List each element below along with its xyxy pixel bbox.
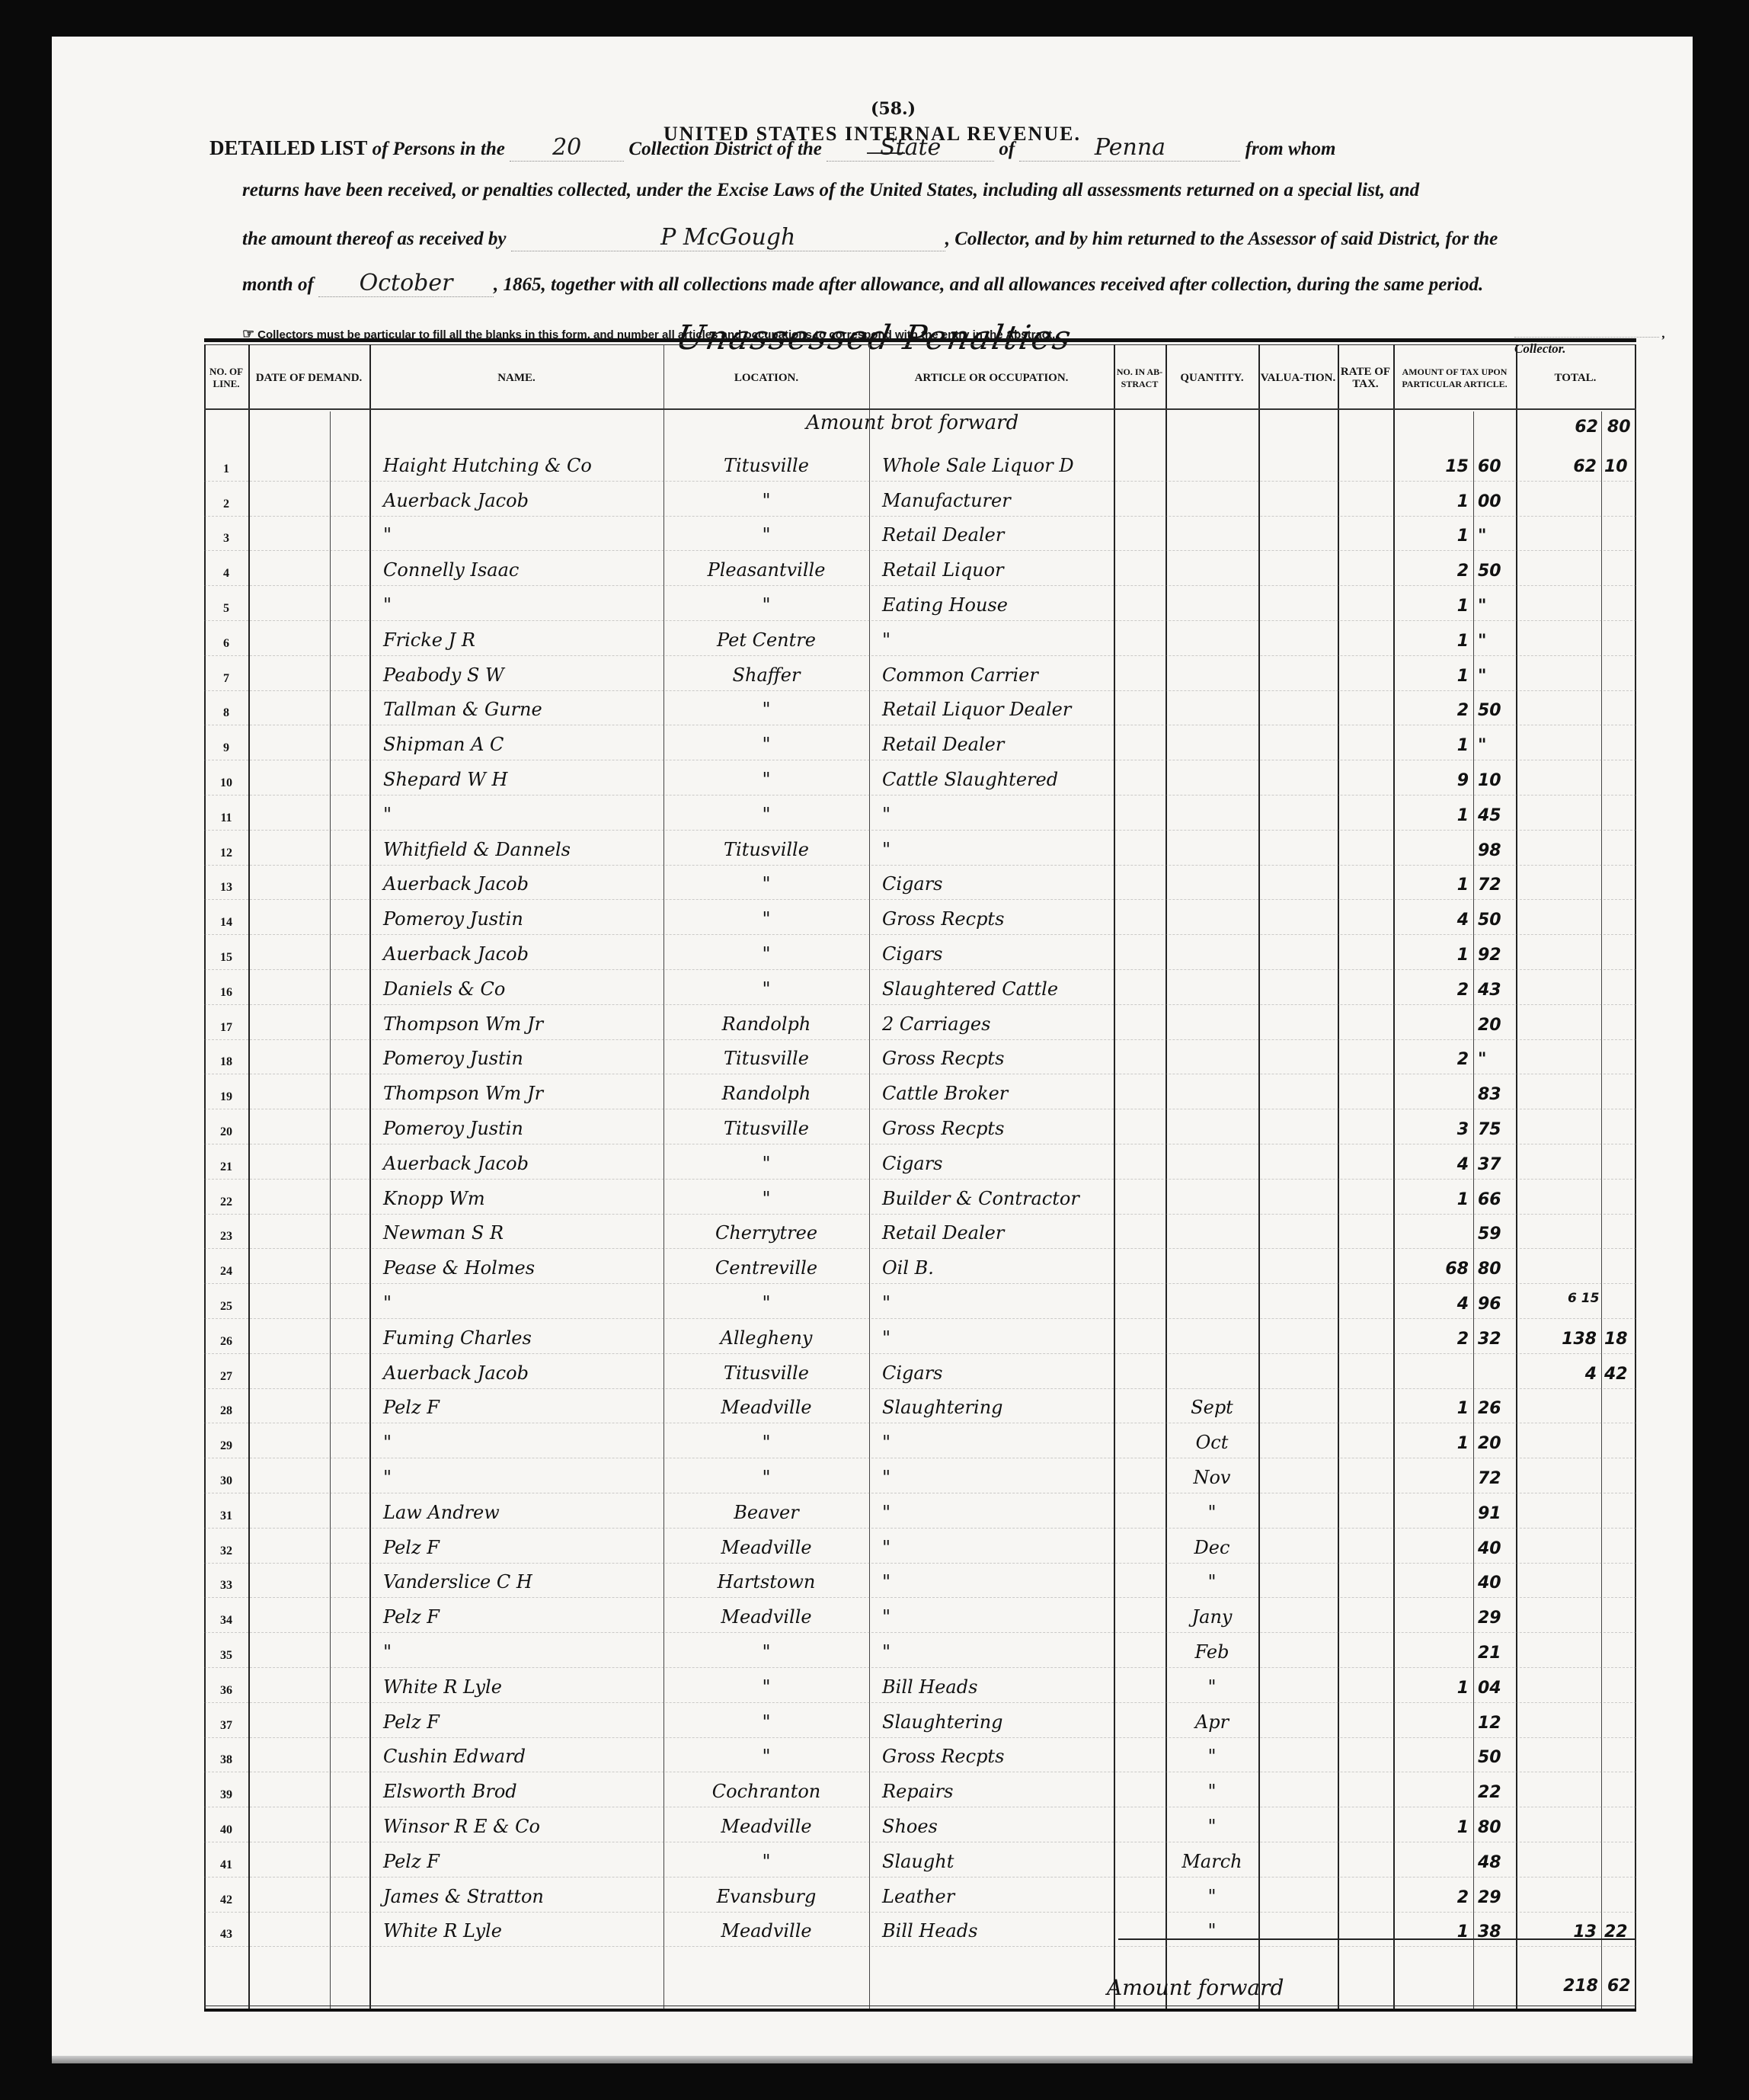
row-location: " bbox=[663, 1667, 869, 1702]
row-article: " bbox=[882, 1563, 1111, 1598]
row-tax-dollars bbox=[1393, 1353, 1473, 1388]
line-number: 25 bbox=[204, 1283, 248, 1318]
row-article: " bbox=[882, 1318, 1111, 1353]
row-name: " bbox=[383, 1632, 657, 1667]
row-article: Builder & Contractor bbox=[882, 1179, 1111, 1214]
row-tax-cents: 00 bbox=[1478, 481, 1516, 516]
row-tax-dollars: 2 bbox=[1393, 690, 1473, 725]
row-tax-dollars: 2 bbox=[1393, 550, 1473, 585]
row-quantity: " bbox=[1165, 1877, 1258, 1912]
page-number: (58.) bbox=[871, 99, 916, 119]
row-total-dollars bbox=[1516, 1528, 1601, 1563]
row-total-dollars bbox=[1516, 1109, 1601, 1144]
row-tax-cents: 40 bbox=[1478, 1528, 1516, 1563]
row-quantity bbox=[1165, 1004, 1258, 1039]
line-number: 5 bbox=[204, 585, 248, 620]
row-article: " bbox=[882, 1632, 1111, 1667]
row-tax-dollars: 1 bbox=[1393, 1667, 1473, 1702]
row-article: " bbox=[882, 1423, 1111, 1458]
row-quantity: " bbox=[1165, 1772, 1258, 1807]
row-article: " bbox=[882, 1458, 1111, 1493]
row-name: " bbox=[383, 516, 657, 551]
row-location: " bbox=[663, 725, 869, 760]
row-total-dollars: 4 bbox=[1516, 1353, 1601, 1388]
header-date-of-demand: Date of Demand. bbox=[248, 349, 369, 407]
row-name: Law Andrew bbox=[383, 1493, 657, 1528]
row-total-dollars bbox=[1516, 620, 1601, 655]
row-tax-cents: 26 bbox=[1478, 1388, 1516, 1423]
line-number: 34 bbox=[204, 1597, 248, 1632]
line-number: 39 bbox=[204, 1772, 248, 1807]
intro-line-4: month of October, 1865, together with al… bbox=[242, 270, 1483, 297]
row-total-cents bbox=[1604, 1737, 1635, 1772]
row-total-cents: 18 bbox=[1604, 1318, 1635, 1353]
row-name: Auerback Jacob bbox=[383, 481, 657, 516]
row-tax-dollars: 4 bbox=[1393, 899, 1473, 934]
row-tax-cents: 92 bbox=[1478, 934, 1516, 969]
row-location: " bbox=[663, 1179, 869, 1214]
row-name: Auerback Jacob bbox=[383, 1353, 657, 1388]
row-location: Meadville bbox=[663, 1912, 869, 1947]
row-total-dollars bbox=[1516, 1737, 1601, 1772]
row-location: " bbox=[663, 516, 869, 551]
header-line-no: No. of Line. bbox=[204, 349, 248, 407]
row-location: " bbox=[663, 1737, 869, 1772]
table-row: 19 Thompson Wm Jr Randolph Cattle Broker… bbox=[204, 1074, 1636, 1109]
table-row: 32 Pelz F Meadville " Dec 40 bbox=[204, 1528, 1636, 1564]
row-tax-dollars bbox=[1393, 1214, 1473, 1249]
table-row: 20 Pomeroy Justin Titusville Gross Recpt… bbox=[204, 1109, 1636, 1144]
line-number: 8 bbox=[204, 690, 248, 725]
row-total-dollars bbox=[1516, 1388, 1601, 1423]
table-row: 30 " " " Nov 72 bbox=[204, 1458, 1636, 1493]
row-name: Vanderslice C H bbox=[383, 1563, 657, 1598]
row-location: Meadville bbox=[663, 1388, 869, 1423]
row-tax-dollars: 9 bbox=[1393, 760, 1473, 795]
line-number: 18 bbox=[204, 1039, 248, 1074]
row-name: Pelz F bbox=[383, 1528, 657, 1563]
row-name: James & Stratton bbox=[383, 1877, 657, 1912]
row-name: Daniels & Co bbox=[383, 969, 657, 1004]
table-row: 34 Pelz F Meadville " Jany 29 bbox=[204, 1597, 1636, 1633]
row-total-dollars: 62 bbox=[1516, 446, 1601, 481]
total-side-note: 6 15 bbox=[1568, 1291, 1599, 1306]
row-quantity: " bbox=[1165, 1807, 1258, 1842]
row-total-cents bbox=[1604, 1597, 1635, 1632]
row-quantity bbox=[1165, 899, 1258, 934]
table-row: 40 Winsor R E & Co Meadville Shoes " 1 8… bbox=[204, 1807, 1636, 1842]
row-total-cents bbox=[1604, 1702, 1635, 1737]
row-name: Haight Hutching & Co bbox=[383, 446, 657, 481]
row-tax-dollars: 1 bbox=[1393, 725, 1473, 760]
row-article: Retail Liquor bbox=[882, 550, 1111, 585]
row-total-dollars bbox=[1516, 1493, 1601, 1528]
row-tax-cents: 45 bbox=[1478, 795, 1516, 830]
row-tax-cents: 98 bbox=[1478, 830, 1516, 865]
row-tax-dollars: 1 bbox=[1393, 1423, 1473, 1458]
state-word-field: State bbox=[827, 134, 994, 162]
row-name: Pomeroy Justin bbox=[383, 1109, 657, 1144]
row-article: Cattle Slaughtered bbox=[882, 760, 1111, 795]
row-quantity bbox=[1165, 1179, 1258, 1214]
row-name: " bbox=[383, 795, 657, 830]
row-tax-dollars: 1 bbox=[1393, 1388, 1473, 1423]
row-total-dollars bbox=[1516, 1597, 1601, 1632]
row-total-dollars bbox=[1516, 690, 1601, 725]
row-tax-dollars: 1 bbox=[1393, 620, 1473, 655]
line-number: 12 bbox=[204, 830, 248, 865]
line-number: 29 bbox=[204, 1423, 248, 1458]
row-total-dollars bbox=[1516, 481, 1601, 516]
row-total-cents: 10 bbox=[1604, 446, 1635, 481]
row-name: " bbox=[383, 1423, 657, 1458]
row-quantity: Oct bbox=[1165, 1423, 1258, 1458]
row-name: Winsor R E & Co bbox=[383, 1807, 657, 1842]
table-row: 4 Connelly Isaac Pleasantville Retail Li… bbox=[204, 550, 1636, 586]
row-total-cents bbox=[1604, 481, 1635, 516]
row-tax-cents: 91 bbox=[1478, 1493, 1516, 1528]
row-quantity: Dec bbox=[1165, 1528, 1258, 1563]
row-total-cents bbox=[1604, 934, 1635, 969]
row-article: Gross Recpts bbox=[882, 1039, 1111, 1074]
row-total-cents bbox=[1604, 1842, 1635, 1877]
intro-line-1: DETAILED LIST of Persons in the 20 Colle… bbox=[209, 134, 1336, 162]
row-name: Pelz F bbox=[383, 1842, 657, 1877]
row-quantity bbox=[1165, 516, 1258, 551]
row-total-dollars bbox=[1516, 655, 1601, 690]
row-location: " bbox=[663, 760, 869, 795]
row-article: Slaughtering bbox=[882, 1388, 1111, 1423]
total-bracket-mark bbox=[1118, 1938, 1636, 1957]
row-quantity bbox=[1165, 481, 1258, 516]
row-name: Pease & Holmes bbox=[383, 1248, 657, 1283]
table-row: 22 Knopp Wm " Builder & Contractor 1 66 bbox=[204, 1179, 1636, 1215]
row-quantity bbox=[1165, 1318, 1258, 1353]
line-number: 23 bbox=[204, 1214, 248, 1249]
row-total-cents bbox=[1604, 830, 1635, 865]
row-tax-cents: 72 bbox=[1478, 865, 1516, 900]
row-quantity bbox=[1165, 1074, 1258, 1109]
row-quantity bbox=[1165, 446, 1258, 481]
row-name: White R Lyle bbox=[383, 1912, 657, 1947]
table-row: 27 Auerback Jacob Titusville Cigars 4 42 bbox=[204, 1353, 1636, 1389]
row-tax-dollars bbox=[1393, 1737, 1473, 1772]
row-name: " bbox=[383, 1458, 657, 1493]
row-name: Pelz F bbox=[383, 1388, 657, 1423]
row-total-cents bbox=[1604, 1667, 1635, 1702]
row-location: " bbox=[663, 969, 869, 1004]
row-name: Auerback Jacob bbox=[383, 865, 657, 900]
row-name: Shepard W H bbox=[383, 760, 657, 795]
row-article: 2 Carriages bbox=[882, 1004, 1111, 1039]
amount-forward-label: Amount forward bbox=[1107, 1975, 1284, 2000]
row-name: Peabody S W bbox=[383, 655, 657, 690]
row-article: Bill Heads bbox=[882, 1667, 1111, 1702]
row-total-cents bbox=[1604, 969, 1635, 1004]
row-name: Fuming Charles bbox=[383, 1318, 657, 1353]
row-tax-dollars bbox=[1393, 1458, 1473, 1493]
row-total-cents bbox=[1604, 1004, 1635, 1039]
line-number: 11 bbox=[204, 795, 248, 830]
row-total-cents bbox=[1604, 1283, 1635, 1318]
row-tax-cents: 20 bbox=[1478, 1423, 1516, 1458]
row-total-cents bbox=[1604, 1179, 1635, 1214]
row-total-dollars bbox=[1516, 516, 1601, 551]
row-total-cents bbox=[1604, 585, 1635, 620]
row-tax-cents: 32 bbox=[1478, 1318, 1516, 1353]
row-location: Randolph bbox=[663, 1074, 869, 1109]
row-article: Cigars bbox=[882, 1353, 1111, 1388]
row-location: Beaver bbox=[663, 1493, 869, 1528]
row-article: " bbox=[882, 795, 1111, 830]
line-number: 32 bbox=[204, 1528, 248, 1563]
line-number: 6 bbox=[204, 620, 248, 655]
row-article: Eating House bbox=[882, 585, 1111, 620]
table-row: 7 Peabody S W Shaffer Common Carrier 1 " bbox=[204, 655, 1636, 691]
row-location: Evansburg bbox=[663, 1877, 869, 1912]
intro-line-2: returns have been received, or penalties… bbox=[242, 180, 1419, 201]
row-tax-dollars: 4 bbox=[1393, 1283, 1473, 1318]
row-total-dollars: 138 bbox=[1516, 1318, 1601, 1353]
row-article: " bbox=[882, 1597, 1111, 1632]
line-number: 4 bbox=[204, 550, 248, 585]
row-tax-cents: 72 bbox=[1478, 1458, 1516, 1493]
line-number: 21 bbox=[204, 1144, 248, 1179]
table-row: 37 Pelz F " Slaughtering Apr 12 bbox=[204, 1702, 1636, 1738]
row-tax-cents: 50 bbox=[1478, 550, 1516, 585]
row-quantity bbox=[1165, 1109, 1258, 1144]
row-total-cents bbox=[1604, 725, 1635, 760]
row-tax-cents: 50 bbox=[1478, 690, 1516, 725]
row-article: Oil B. bbox=[882, 1248, 1111, 1283]
line-number: 42 bbox=[204, 1877, 248, 1912]
header-name: Name. bbox=[369, 349, 663, 407]
collector-name-field: P McGough bbox=[511, 224, 945, 251]
row-total-dollars bbox=[1516, 1667, 1601, 1702]
row-total-cents bbox=[1604, 516, 1635, 551]
row-tax-dollars bbox=[1393, 1004, 1473, 1039]
detailed-list-table: No. of Line. Date of Demand. Name. Locat… bbox=[204, 338, 1636, 2012]
row-total-dollars bbox=[1516, 550, 1601, 585]
row-tax-cents: 10 bbox=[1478, 760, 1516, 795]
row-article: Gross Recpts bbox=[882, 1109, 1111, 1144]
table-row: 39 Elsworth Brod Cochranton Repairs " 22 bbox=[204, 1772, 1636, 1807]
row-total-dollars bbox=[1516, 1807, 1601, 1842]
row-total-dollars bbox=[1516, 1458, 1601, 1493]
row-total-dollars bbox=[1516, 1423, 1601, 1458]
row-article: Retail Dealer bbox=[882, 1214, 1111, 1249]
row-name: Auerback Jacob bbox=[383, 1144, 657, 1179]
row-total-dollars bbox=[1516, 865, 1601, 900]
row-total-cents bbox=[1604, 1528, 1635, 1563]
row-total-cents bbox=[1604, 550, 1635, 585]
row-total-cents bbox=[1604, 1458, 1635, 1493]
row-article: Retail Dealer bbox=[882, 725, 1111, 760]
row-quantity bbox=[1165, 969, 1258, 1004]
line-number: 38 bbox=[204, 1737, 248, 1772]
table-row: 38 Cushin Edward " Gross Recpts " 50 bbox=[204, 1737, 1636, 1773]
row-tax-cents: " bbox=[1478, 725, 1516, 760]
line-number: 19 bbox=[204, 1074, 248, 1109]
row-name: " bbox=[383, 1283, 657, 1318]
row-total-cents bbox=[1604, 1074, 1635, 1109]
row-location: Cochranton bbox=[663, 1772, 869, 1807]
row-total-cents bbox=[1604, 760, 1635, 795]
row-total-cents: 42 bbox=[1604, 1353, 1635, 1388]
row-article: Gross Recpts bbox=[882, 1737, 1111, 1772]
row-name: Thompson Wm Jr bbox=[383, 1074, 657, 1109]
row-tax-dollars bbox=[1393, 1597, 1473, 1632]
row-location: Pet Centre bbox=[663, 620, 869, 655]
row-tax-dollars: 1 bbox=[1393, 934, 1473, 969]
line-number: 31 bbox=[204, 1493, 248, 1528]
table-row: 28 Pelz F Meadville Slaughtering Sept 1 … bbox=[204, 1388, 1636, 1424]
line-number: 14 bbox=[204, 899, 248, 934]
line-number: 16 bbox=[204, 969, 248, 1004]
row-location: " bbox=[663, 1458, 869, 1493]
row-total-dollars bbox=[1516, 1563, 1601, 1598]
row-name: Auerback Jacob bbox=[383, 934, 657, 969]
row-name: White R Lyle bbox=[383, 1667, 657, 1702]
row-article: Manufacturer bbox=[882, 481, 1111, 516]
table-row: 5 " " Eating House 1 " bbox=[204, 585, 1636, 621]
row-tax-dollars: 2 bbox=[1393, 1318, 1473, 1353]
row-article: " bbox=[882, 1528, 1111, 1563]
row-location: Centreville bbox=[663, 1248, 869, 1283]
header-article: Article or Occupation. bbox=[869, 349, 1114, 407]
row-quantity bbox=[1165, 1353, 1258, 1388]
row-total-cents bbox=[1604, 865, 1635, 900]
row-location: " bbox=[663, 585, 869, 620]
row-tax-dollars: 68 bbox=[1393, 1248, 1473, 1283]
amount-brought-forward-label: Amount brot forward bbox=[806, 411, 1018, 434]
row-name: Whitfield & Dannels bbox=[383, 830, 657, 865]
line-number: 27 bbox=[204, 1353, 248, 1388]
row-quantity: Sept bbox=[1165, 1388, 1258, 1423]
row-location: " bbox=[663, 481, 869, 516]
row-article: Shoes bbox=[882, 1807, 1111, 1842]
row-total-dollars bbox=[1516, 1248, 1601, 1283]
row-name: Elsworth Brod bbox=[383, 1772, 657, 1807]
brought-forward-dollars: 62 bbox=[1552, 418, 1598, 437]
row-article: " bbox=[882, 1283, 1111, 1318]
line-number: 36 bbox=[204, 1667, 248, 1702]
row-tax-cents: 29 bbox=[1478, 1877, 1516, 1912]
table-row: 23 Newman S R Cherrytree Retail Dealer 5… bbox=[204, 1214, 1636, 1250]
row-total-dollars bbox=[1516, 1074, 1601, 1109]
row-quantity bbox=[1165, 934, 1258, 969]
amount-forward-cents: 62 bbox=[1607, 1977, 1631, 1996]
row-tax-dollars bbox=[1393, 1074, 1473, 1109]
row-article: Cattle Broker bbox=[882, 1074, 1111, 1109]
row-location: Pleasantville bbox=[663, 550, 869, 585]
row-total-dollars bbox=[1516, 1842, 1601, 1877]
row-article: Gross Recpts bbox=[882, 899, 1111, 934]
row-name: Tallman & Gurne bbox=[383, 690, 657, 725]
table-row: 14 Pomeroy Justin " Gross Recpts 4 50 bbox=[204, 899, 1636, 935]
row-quantity bbox=[1165, 690, 1258, 725]
line-number: 20 bbox=[204, 1109, 248, 1144]
row-total-cents bbox=[1604, 1493, 1635, 1528]
row-quantity: " bbox=[1165, 1563, 1258, 1598]
line-number: 1 bbox=[204, 446, 248, 481]
row-quantity: " bbox=[1165, 1667, 1258, 1702]
header-rate-of-tax: Rate of Tax. bbox=[1338, 349, 1393, 407]
row-tax-dollars bbox=[1393, 1493, 1473, 1528]
line-number: 15 bbox=[204, 934, 248, 969]
row-location: Titusville bbox=[663, 1109, 869, 1144]
row-total-cents bbox=[1604, 1772, 1635, 1807]
intro-line-3: the amount thereof as received by P McGo… bbox=[242, 224, 1498, 251]
row-location: Randolph bbox=[663, 1004, 869, 1039]
row-quantity: March bbox=[1165, 1842, 1258, 1877]
row-total-dollars bbox=[1516, 725, 1601, 760]
row-location: Hartstown bbox=[663, 1563, 869, 1598]
row-quantity bbox=[1165, 655, 1258, 690]
line-number: 10 bbox=[204, 760, 248, 795]
row-quantity bbox=[1165, 760, 1258, 795]
row-tax-cents: 80 bbox=[1478, 1248, 1516, 1283]
brought-forward-cents: 80 bbox=[1607, 418, 1631, 437]
census-form-page: (58.) UNITED STATES INTERNAL REVENUE. DE… bbox=[52, 37, 1693, 2056]
row-location: " bbox=[663, 1144, 869, 1179]
row-article: " bbox=[882, 830, 1111, 865]
row-name: Pomeroy Justin bbox=[383, 899, 657, 934]
row-article: Slaught bbox=[882, 1842, 1111, 1877]
row-location: " bbox=[663, 934, 869, 969]
row-total-dollars bbox=[1516, 1179, 1601, 1214]
line-number: 2 bbox=[204, 481, 248, 516]
row-location: " bbox=[663, 865, 869, 900]
row-quantity: Jany bbox=[1165, 1597, 1258, 1632]
row-tax-dollars bbox=[1393, 830, 1473, 865]
row-total-cents bbox=[1604, 1144, 1635, 1179]
row-article: Common Carrier bbox=[882, 655, 1111, 690]
row-tax-dollars: 4 bbox=[1393, 1144, 1473, 1179]
row-tax-dollars: 1 bbox=[1393, 481, 1473, 516]
table-row: 13 Auerback Jacob " Cigars 1 72 bbox=[204, 865, 1636, 901]
table-row: 18 Pomeroy Justin Titusville Gross Recpt… bbox=[204, 1039, 1636, 1075]
line-number: 43 bbox=[204, 1912, 248, 1947]
table-row: 35 " " " Feb 21 bbox=[204, 1632, 1636, 1668]
row-article: Repairs bbox=[882, 1772, 1111, 1807]
row-tax-cents: " bbox=[1478, 516, 1516, 551]
row-total-dollars bbox=[1516, 1039, 1601, 1074]
row-location: Meadville bbox=[663, 1528, 869, 1563]
row-article: Bill Heads bbox=[882, 1912, 1111, 1947]
row-location: Cherrytree bbox=[663, 1214, 869, 1249]
table-row: 12 Whitfield & Dannels Titusville " 98 bbox=[204, 830, 1636, 866]
row-quantity bbox=[1165, 830, 1258, 865]
row-total-cents bbox=[1604, 655, 1635, 690]
row-quantity bbox=[1165, 865, 1258, 900]
line-number: 28 bbox=[204, 1388, 248, 1423]
table-row: 17 Thompson Wm Jr Randolph 2 Carriages 2… bbox=[204, 1004, 1636, 1040]
month-field: October bbox=[318, 270, 494, 297]
row-tax-cents: 43 bbox=[1478, 969, 1516, 1004]
row-tax-cents: 50 bbox=[1478, 1737, 1516, 1772]
row-tax-cents: 21 bbox=[1478, 1632, 1516, 1667]
row-name: Pelz F bbox=[383, 1597, 657, 1632]
row-tax-cents: 50 bbox=[1478, 899, 1516, 934]
header-quantity: Quantity. bbox=[1165, 349, 1258, 407]
row-tax-dollars bbox=[1393, 1632, 1473, 1667]
row-name: Thompson Wm Jr bbox=[383, 1004, 657, 1039]
row-location: " bbox=[663, 1423, 869, 1458]
row-total-cents bbox=[1604, 1877, 1635, 1912]
row-total-dollars bbox=[1516, 1004, 1601, 1039]
row-total-dollars bbox=[1516, 1214, 1601, 1249]
